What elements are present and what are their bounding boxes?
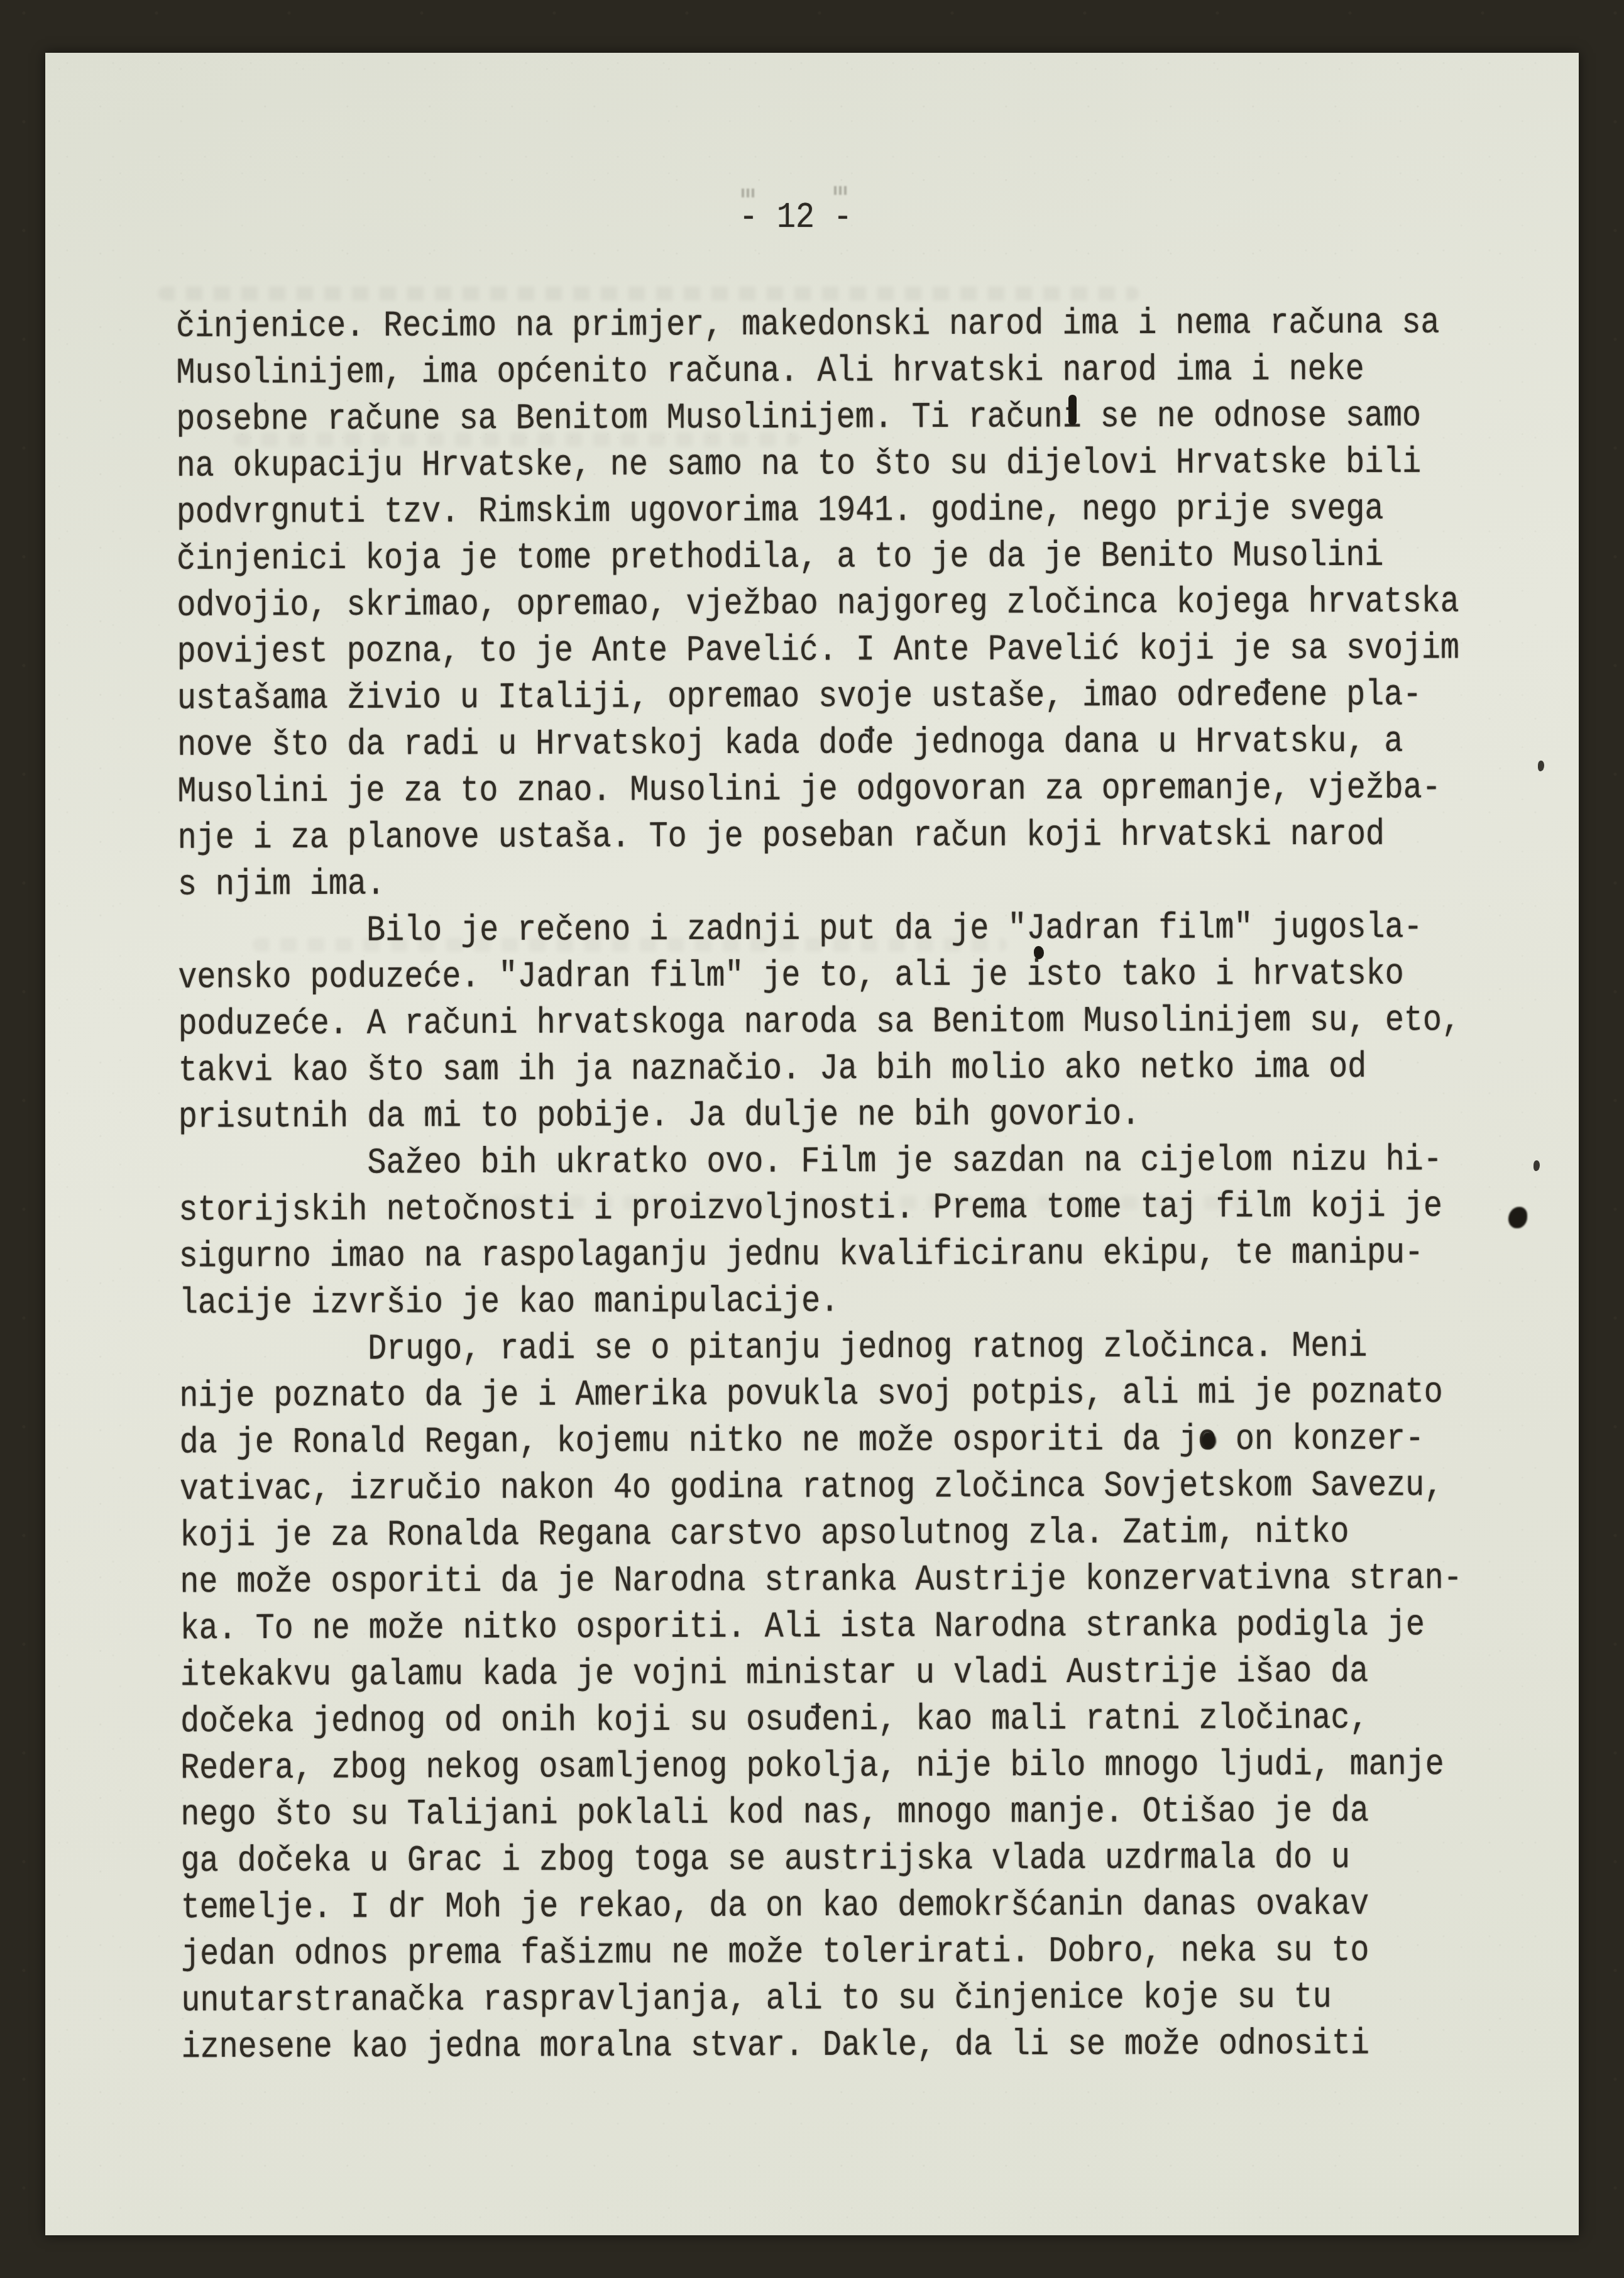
text-line: na okupaciju Hrvatske, ne samo na to što… xyxy=(177,439,1566,490)
text-line: vensko poduzeće. "Jadran film" je to, al… xyxy=(178,951,1567,1002)
text-line: ka. To ne može nitko osporiti. Ali ista … xyxy=(180,1602,1569,1653)
text-line: ne može osporiti da je Narodna stranka A… xyxy=(180,1556,1569,1607)
text-line: Musolini je za to znao. Musolini je odgo… xyxy=(177,765,1566,816)
text-line: nove što da radi u Hrvatskoj kada dođe j… xyxy=(177,718,1566,769)
text-line: Bilo je rečeno i zadnji put da je "Jadra… xyxy=(178,905,1567,955)
ghost-typewriter-mark xyxy=(834,186,848,195)
text-line: temelje. I dr Moh je rekao, da on kao de… xyxy=(181,1881,1570,1932)
text-line: Drugo, radi se o pitanju jednog ratnog z… xyxy=(179,1323,1568,1374)
text-line: Musolinijem, ima općenito računa. Ali hr… xyxy=(176,346,1565,397)
text-line: jedan odnos prema fašizmu ne može toleri… xyxy=(181,1927,1570,1978)
page-number: - 12 - xyxy=(739,197,852,239)
text-line: Sažeo bih ukratko ovo. Film je sazdan na… xyxy=(178,1137,1567,1188)
text-line: sigurno imao na raspolaganju jednu kvali… xyxy=(179,1230,1568,1281)
text-line: s njim ima. xyxy=(178,858,1567,909)
ghost-typewriter-mark xyxy=(742,189,755,197)
text-line: Redera, zbog nekog osamljenog pokolja, n… xyxy=(180,1742,1569,1793)
text-line: iznesene kao jedna moralna stvar. Dakle,… xyxy=(182,2020,1571,2071)
scanner-background: - 12 - činjenice. Recimo na primjer, mak… xyxy=(0,0,1624,2278)
ink-smudge xyxy=(1034,946,1044,959)
ink-smudge xyxy=(1202,1432,1216,1449)
text-line: prisutnih da mi to pobije. Ja dulje ne b… xyxy=(178,1091,1567,1142)
text-line: unutarstranačka raspravljanja, ali to su… xyxy=(181,1974,1570,2025)
text-line: poduzeće. A računi hrvatskoga naroda sa … xyxy=(178,998,1567,1048)
ink-smudge xyxy=(1068,395,1077,425)
text-line: storijskih netočnosti i proizvoljnosti. … xyxy=(178,1184,1567,1235)
text-line: odvojio, skrimao, opremao, vježbao najgo… xyxy=(177,579,1566,630)
text-line: činjenice. Recimo na primjer, makedonski… xyxy=(176,300,1565,351)
document-page: - 12 - činjenice. Recimo na primjer, mak… xyxy=(45,53,1579,2235)
text-line: nego što su Talijani poklali kod nas, mn… xyxy=(180,1788,1569,1839)
text-line: podvrgnuti tzv. Rimskim ugovorima 1941. … xyxy=(177,486,1566,537)
text-line: posebne račune sa Benitom Musolinijem. T… xyxy=(176,393,1565,444)
text-line: nije poznato da je i Amerika povukla svo… xyxy=(179,1370,1568,1421)
text-line: povijest pozna, to je Ante Pavelić. I An… xyxy=(177,625,1566,676)
text-line: takvi kao što sam ih ja naznačio. Ja bih… xyxy=(178,1044,1567,1095)
page-body: činjenice. Recimo na primjer, makedonski… xyxy=(176,300,1571,2071)
text-line: itekakvu galamu kada je vojni ministar u… xyxy=(180,1649,1569,1700)
text-line: dočeka jednog od onih koji su osuđeni, k… xyxy=(180,1695,1569,1746)
text-line: lacije izvršio je kao manipulacije. xyxy=(179,1277,1568,1328)
text-line: činjenici koja je tome prethodila, a to … xyxy=(177,532,1566,583)
text-line: ga dočeka u Grac i zbog toga se austrijs… xyxy=(181,1835,1570,1886)
text-line: da je Ronald Regan, kojemu nitko ne može… xyxy=(180,1416,1569,1467)
text-line: vativac, izručio nakon 4o godina ratnog … xyxy=(180,1463,1569,1514)
scan-echo-artifact xyxy=(158,287,1139,300)
text-line: koji je za Ronalda Regana carstvo apsolu… xyxy=(180,1509,1569,1560)
text-line: nje i za planove ustaša. To je poseban r… xyxy=(178,812,1567,862)
text-line: ustašama živio u Italiji, opremao svoje … xyxy=(177,672,1566,723)
